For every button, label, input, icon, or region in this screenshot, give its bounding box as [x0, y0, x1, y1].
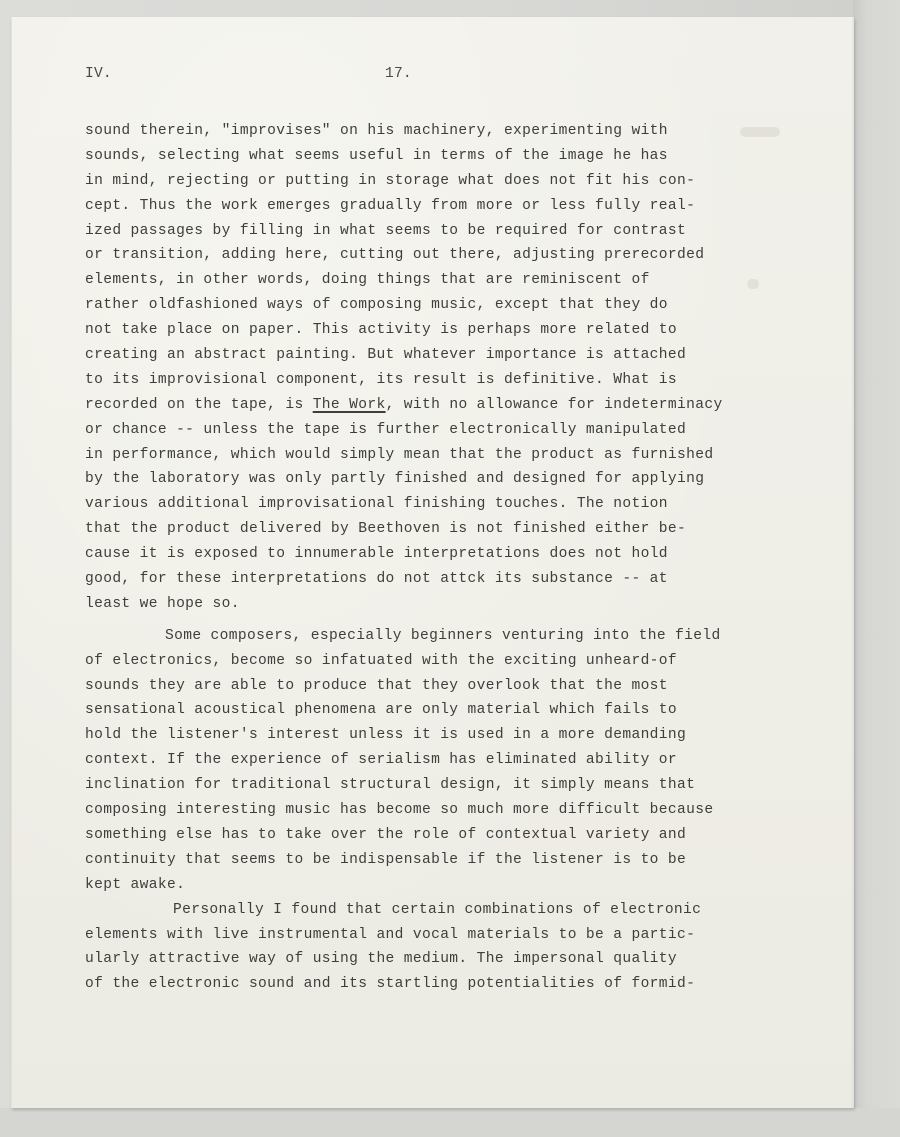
text-line: that the product delivered by Beethoven …	[85, 517, 825, 542]
text-line: to its improvisional component, its resu…	[85, 368, 825, 393]
text-line: kept awake.	[85, 873, 825, 898]
text-line: least we hope so.	[85, 592, 825, 617]
paragraph-2: Some composers, especially beginners ven…	[85, 624, 825, 898]
paragraph-3: Personally I found that certain combinat…	[85, 898, 825, 998]
text-line: good, for these interpretations do not a…	[85, 567, 825, 592]
text-line: in performance, which would simply mean …	[85, 443, 825, 468]
text-line: or chance -- unless the tape is further …	[85, 418, 825, 443]
text-line: rather oldfashioned ways of composing mu…	[85, 293, 825, 318]
text-line: inclination for traditional structural d…	[85, 773, 825, 798]
text-line: elements with live instrumental and voca…	[85, 923, 825, 948]
text-line: various additional improvisational finis…	[85, 492, 825, 517]
text-line: not take place on paper. This activity i…	[85, 318, 825, 343]
text-line-indented: Personally I found that certain combinat…	[85, 898, 825, 923]
text-line: sounds, selecting what seems useful in t…	[85, 144, 825, 169]
text-line: ized passages by filling in what seems t…	[85, 219, 825, 244]
text-line: composing interesting music has become s…	[85, 798, 825, 823]
text-line: something else has to take over the role…	[85, 823, 825, 848]
text-line: creating an abstract painting. But whate…	[85, 343, 825, 368]
document-body: sound therein, "improvises" on his machi…	[85, 119, 825, 997]
text-line: sensational acoustical phenomena are onl…	[85, 698, 825, 723]
text-line: context. If the experience of serialism …	[85, 748, 825, 773]
text-segment: recorded on the tape, is	[85, 397, 313, 413]
text-line: in mind, rejecting or putting in storage…	[85, 169, 825, 194]
text-line: elements, in other words, doing things t…	[85, 268, 825, 293]
text-line: sound therein, "improvises" on his machi…	[85, 119, 825, 144]
text-line: cause it is exposed to innumerable inter…	[85, 542, 825, 567]
text-line: of the electronic sound and its startlin…	[85, 972, 825, 997]
underlined-title: The Work	[313, 397, 386, 413]
text-line: hold the listener's interest unless it i…	[85, 723, 825, 748]
text-line: or transition, adding here, cutting out …	[85, 243, 825, 268]
text-line-indented: Some composers, especially beginners ven…	[85, 624, 825, 649]
section-label: IV.	[85, 66, 112, 82]
paragraph-1: sound therein, "improvises" on his machi…	[85, 119, 825, 617]
text-line: ularly attractive way of using the mediu…	[85, 947, 825, 972]
text-line: continuity that seems to be indispensabl…	[85, 848, 825, 873]
scan-background-bottom	[0, 1108, 900, 1137]
page-number: 17.	[385, 66, 412, 82]
text-line-with-underline: recorded on the tape, is The Work, with …	[85, 393, 825, 418]
text-line: cept. Thus the work emerges gradually fr…	[85, 194, 825, 219]
text-line: of electronics, become so infatuated wit…	[85, 649, 825, 674]
paragraph-gap	[85, 617, 825, 624]
text-line: by the laboratory was only partly finish…	[85, 467, 825, 492]
text-segment: , with no allowance for indeterminacy	[386, 397, 723, 413]
text-line: sounds they are able to produce that the…	[85, 674, 825, 699]
scan-background-right	[853, 0, 900, 1137]
